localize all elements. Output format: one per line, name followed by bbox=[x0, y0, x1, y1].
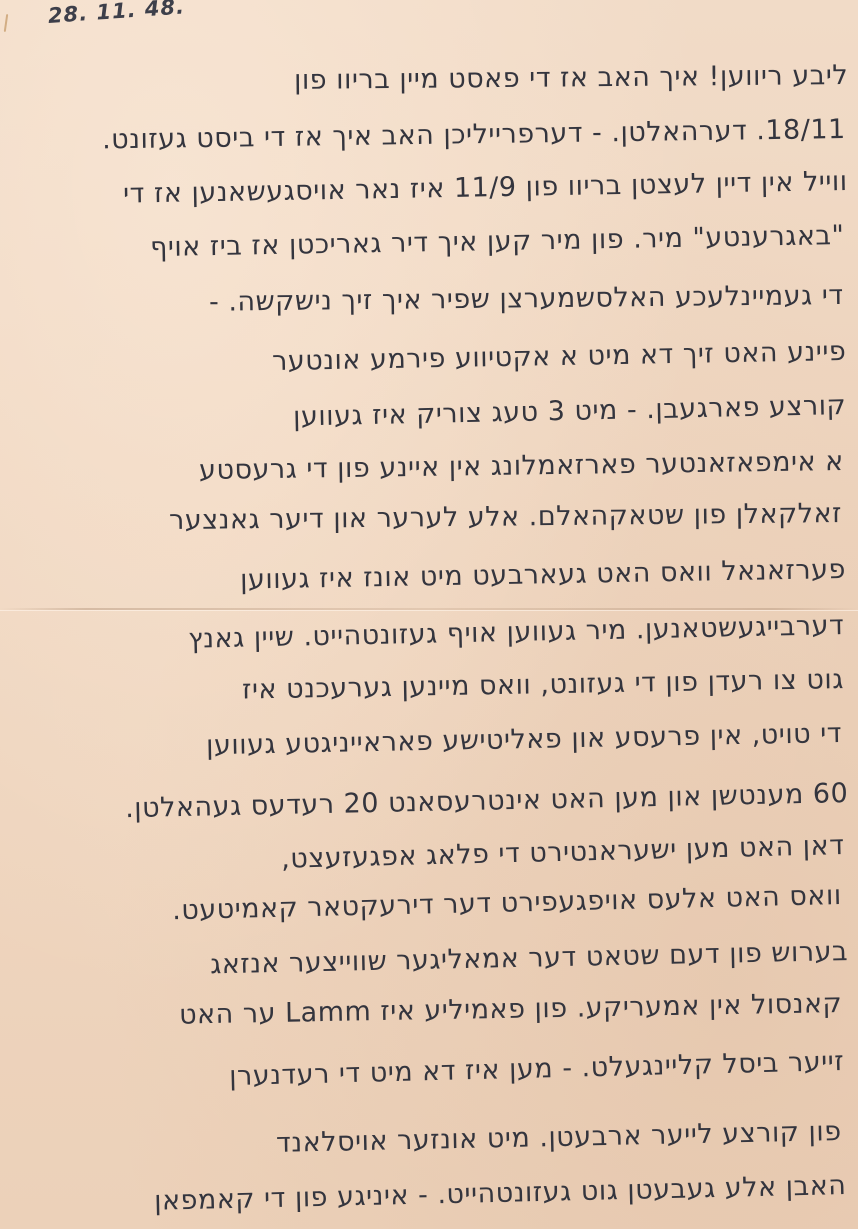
fold-line bbox=[0, 608, 858, 610]
letter-line: די געמיינלעכע האלסשמערצן שפיר איך זיך ני… bbox=[209, 282, 844, 316]
letter-line: ליבע ריווען! איך האב אז די פאסט מיין ברי… bbox=[294, 62, 848, 94]
letter-line: זאלקאלן פון שטאקהאלם. אלע לערער און דיער… bbox=[169, 500, 842, 534]
